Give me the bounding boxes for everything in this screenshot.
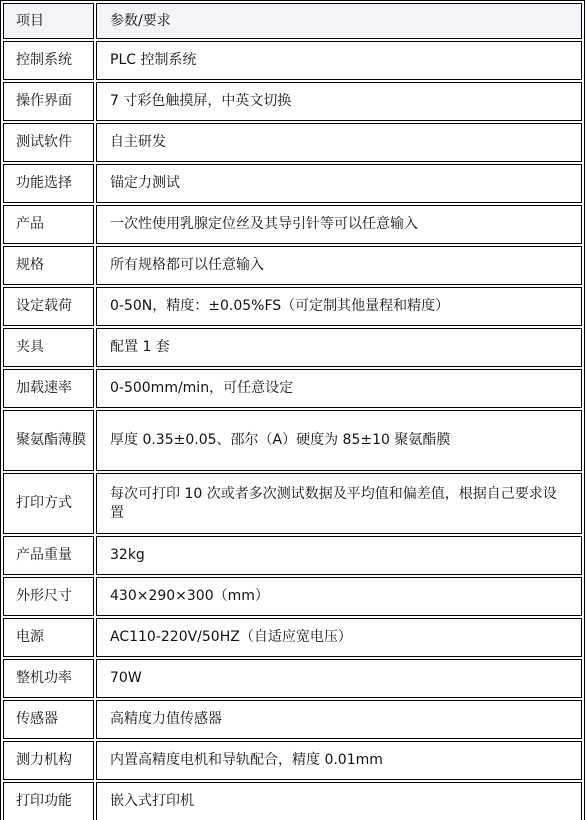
row-value: 7 寸彩色触摸屏，中英文切换 [96, 82, 582, 121]
row-value: 0-500mm/min，可任意设定 [96, 369, 582, 408]
table-row: 整机功率 70W [3, 659, 582, 698]
table-row: 产品重量 32kg [3, 536, 582, 575]
row-key: 打印方式 [3, 473, 94, 534]
spec-table: 项目 参数/要求 控制系统 PLC 控制系统 操作界面 7 寸彩色触摸屏，中英文… [0, 0, 585, 820]
row-value: 内置高精度电机和导轨配合，精度 0.01mm [96, 741, 582, 780]
row-key: 测试软件 [3, 123, 94, 162]
table-header-row: 项目 参数/要求 [3, 3, 582, 39]
row-key: 打印功能 [3, 782, 94, 820]
row-key: 设定载荷 [3, 287, 94, 326]
row-value: 所有规格都可以任意输入 [96, 246, 582, 285]
table-row: 传感器 高精度力值传感器 [3, 700, 582, 739]
table-row: 夹具 配置 1 套 [3, 328, 582, 367]
row-key: 整机功率 [3, 659, 94, 698]
header-cell-requirement: 参数/要求 [96, 3, 582, 39]
row-value: 32kg [96, 536, 582, 575]
row-key: 加载速率 [3, 369, 94, 408]
row-key: 传感器 [3, 700, 94, 739]
table-row: 设定载荷 0-50N，精度：±0.05%FS（可定制其他量程和精度） [3, 287, 582, 326]
row-key: 产品重量 [3, 536, 94, 575]
row-value: 每次可打印 10 次或者多次测试数据及平均值和偏差值，根据自己要求设置 [96, 473, 582, 534]
row-value: 一次性使用乳腺定位丝及其导引针等可以任意输入 [96, 205, 582, 244]
table-row: 测试软件 自主研发 [3, 123, 582, 162]
table-row: 产品 一次性使用乳腺定位丝及其导引针等可以任意输入 [3, 205, 582, 244]
row-value: 70W [96, 659, 582, 698]
table-row: 外形尺寸 430×290×300（mm） [3, 577, 582, 616]
table-row: 电源 AC110-220V/50HZ（自适应宽电压） [3, 618, 582, 657]
row-value: 430×290×300（mm） [96, 577, 582, 616]
row-key: 功能选择 [3, 164, 94, 203]
row-key: 聚氨酯薄膜 [3, 410, 94, 471]
table-row: 功能选择 锚定力测试 [3, 164, 582, 203]
row-value: 厚度 0.35±0.05、邵尔（A）硬度为 85±10 聚氨酯膜 [96, 410, 582, 471]
row-value: 配置 1 套 [96, 328, 582, 367]
row-key: 电源 [3, 618, 94, 657]
table-row: 规格 所有规格都可以任意输入 [3, 246, 582, 285]
row-key: 外形尺寸 [3, 577, 94, 616]
table-row: 控制系统 PLC 控制系统 [3, 41, 582, 80]
table-row: 聚氨酯薄膜 厚度 0.35±0.05、邵尔（A）硬度为 85±10 聚氨酯膜 [3, 410, 582, 471]
row-value: AC110-220V/50HZ（自适应宽电压） [96, 618, 582, 657]
row-value: 嵌入式打印机 [96, 782, 582, 820]
header-cell-item: 项目 [3, 3, 94, 39]
row-value: PLC 控制系统 [96, 41, 582, 80]
row-key: 规格 [3, 246, 94, 285]
table-row: 测力机构 内置高精度电机和导轨配合，精度 0.01mm [3, 741, 582, 780]
row-value: 0-50N，精度：±0.05%FS（可定制其他量程和精度） [96, 287, 582, 326]
table-row: 加载速率 0-500mm/min，可任意设定 [3, 369, 582, 408]
row-value: 锚定力测试 [96, 164, 582, 203]
table-row: 打印方式 每次可打印 10 次或者多次测试数据及平均值和偏差值，根据自己要求设置 [3, 473, 582, 534]
row-key: 操作界面 [3, 82, 94, 121]
table-row: 打印功能 嵌入式打印机 [3, 782, 582, 820]
row-value: 高精度力值传感器 [96, 700, 582, 739]
row-key: 夹具 [3, 328, 94, 367]
row-value: 自主研发 [96, 123, 582, 162]
table-row: 操作界面 7 寸彩色触摸屏，中英文切换 [3, 82, 582, 121]
row-key: 控制系统 [3, 41, 94, 80]
row-key: 测力机构 [3, 741, 94, 780]
row-key: 产品 [3, 205, 94, 244]
